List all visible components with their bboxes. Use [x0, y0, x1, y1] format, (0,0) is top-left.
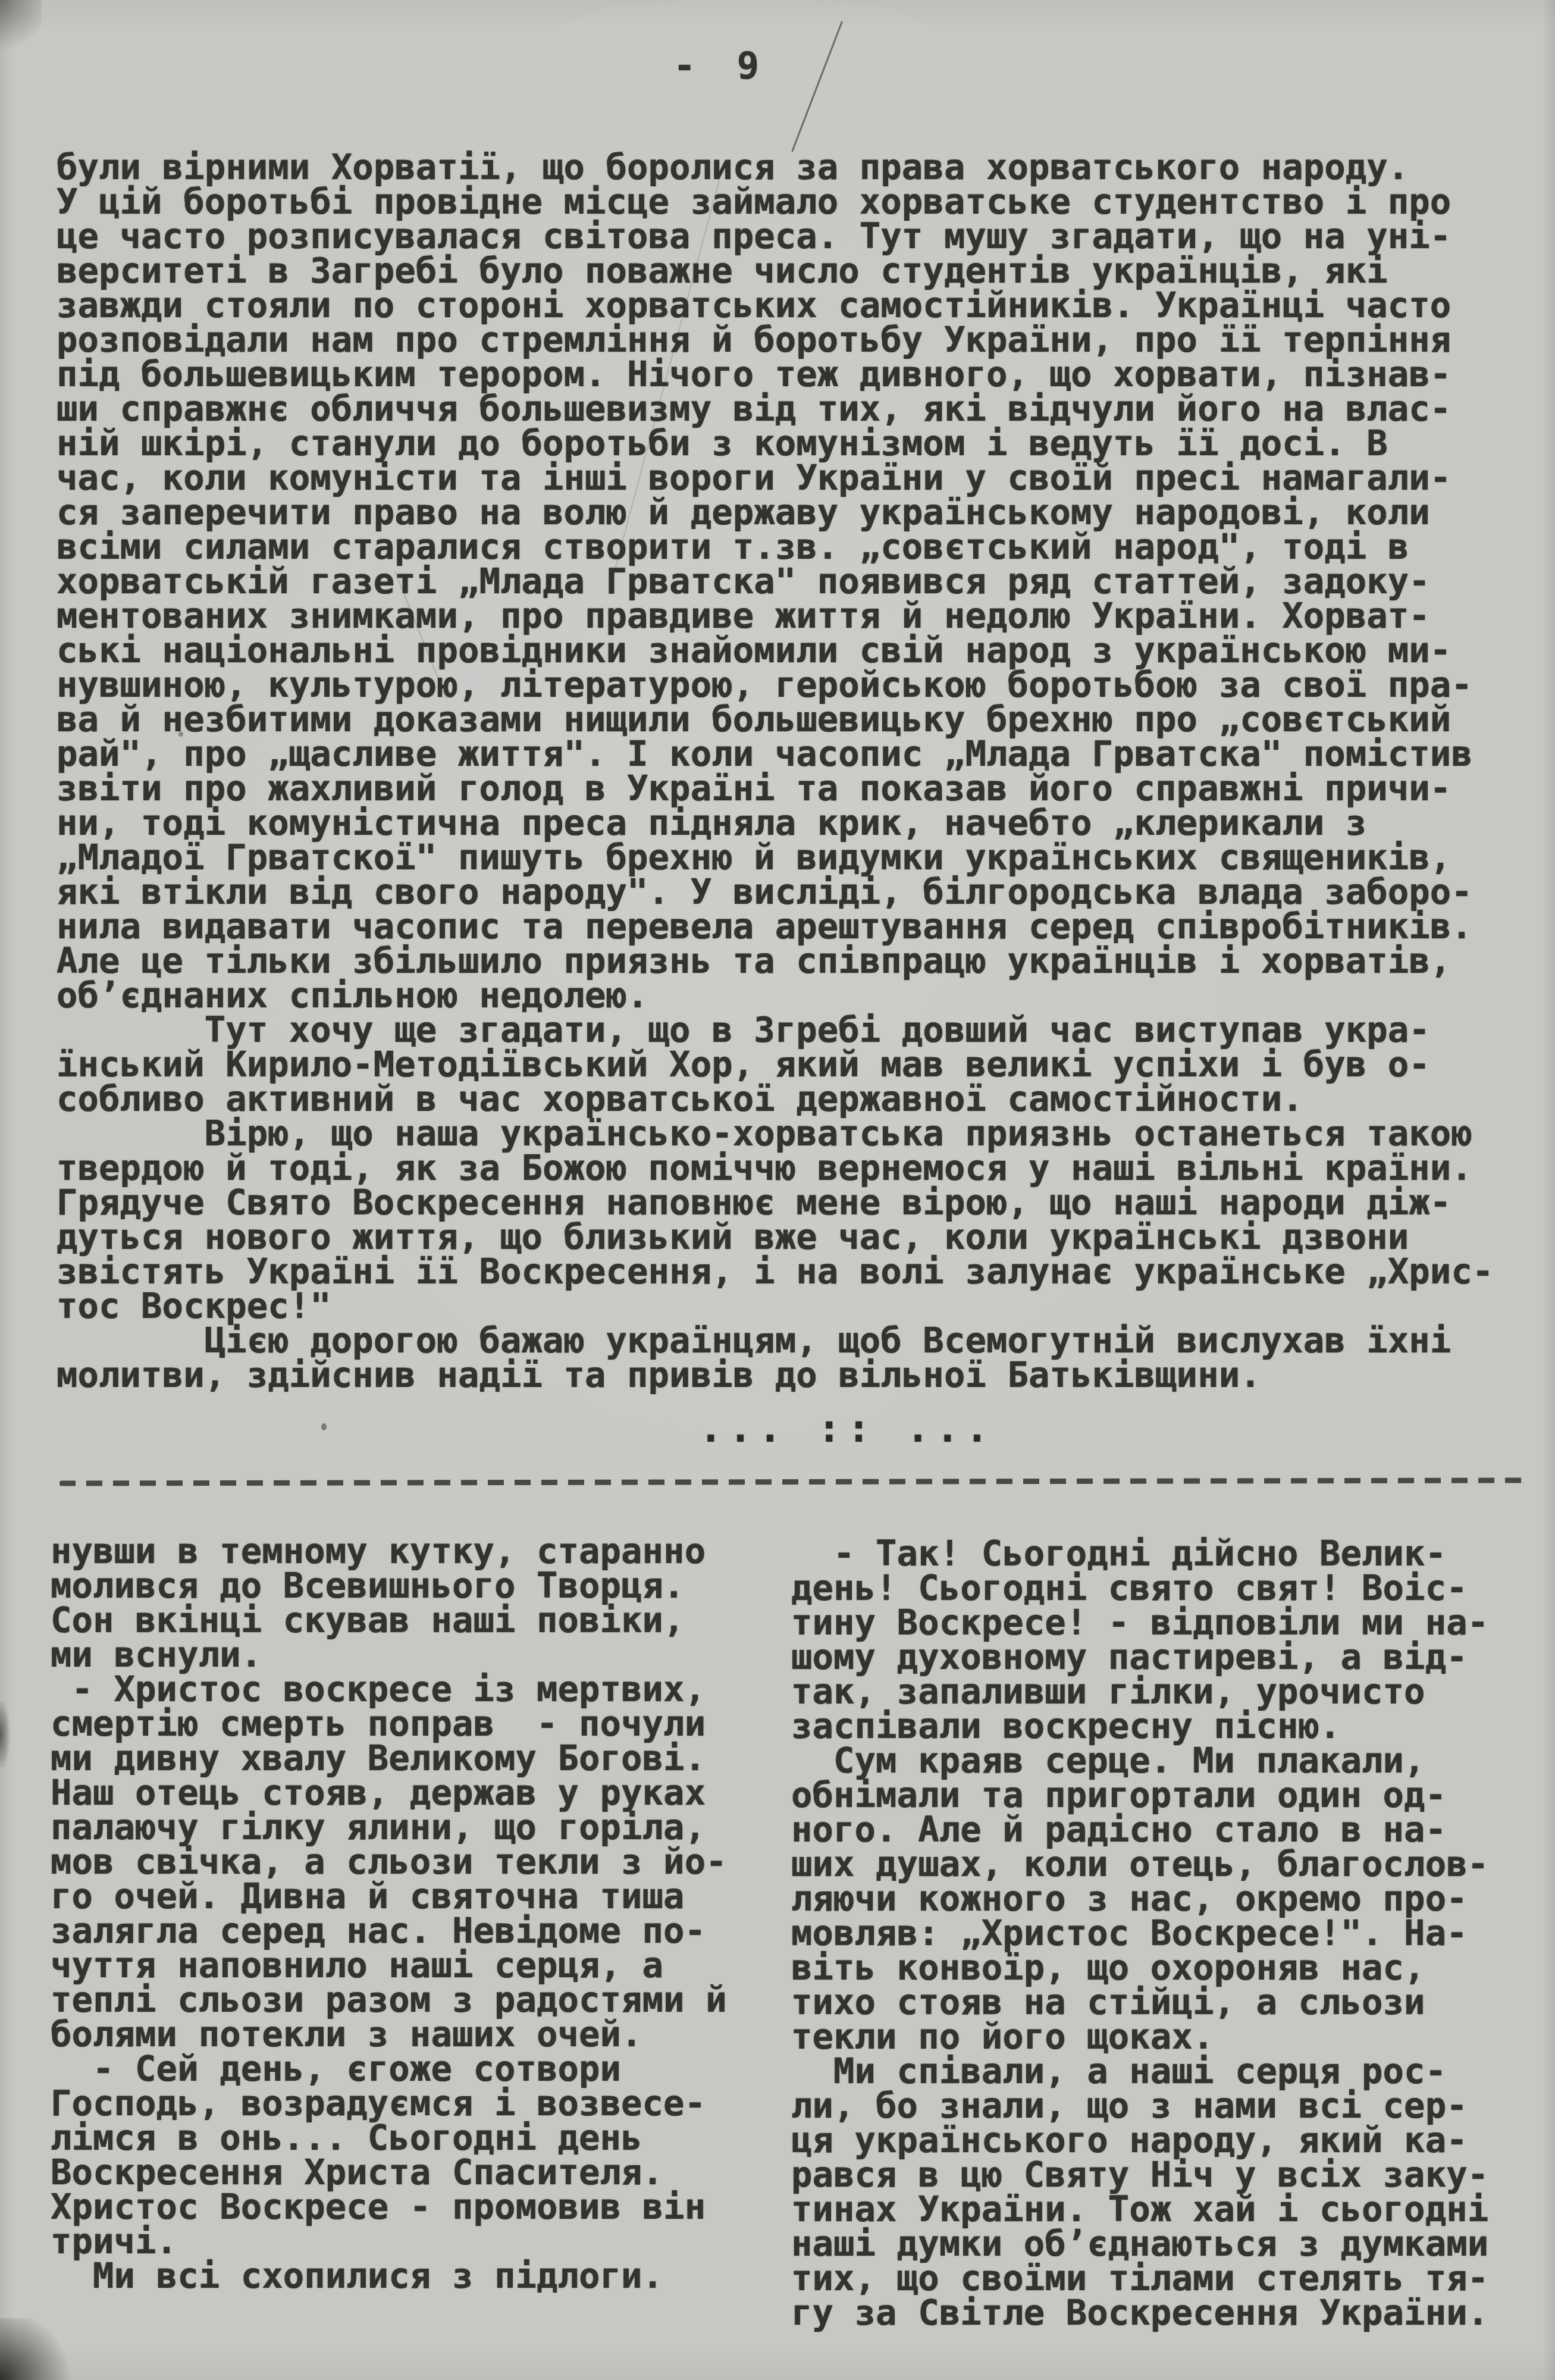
text-line: собливо активний в час хорватської держа…	[57, 1082, 1526, 1116]
text-line: твердою й тоді, як за Божою поміччю верн…	[57, 1151, 1526, 1185]
scan-shadow-top-left	[0, 0, 42, 54]
page-number: - 9	[673, 44, 769, 87]
text-line: ми вснули.	[51, 1637, 735, 1672]
text-line: теплі сльози разом з радостями й	[51, 1983, 735, 2017]
text-line: Сон вкінці скував наші повіки,	[51, 1603, 735, 1637]
text-line: мовляв: „Христос Воскресе!". На-	[791, 1916, 1547, 1950]
text-line: рався в цю Святу Ніч у всіх заку-	[791, 2157, 1547, 2192]
text-line: ва й незбитими доказами нищили большевиц…	[57, 702, 1526, 737]
text-line: під большевицьким терором. Нічого теж ди…	[57, 357, 1526, 392]
text-line: віть конвоїр, що охороняв нас,	[791, 1950, 1547, 1985]
text-line: дуться нового життя, що близький вже час…	[57, 1220, 1526, 1254]
text-line: ляючи кожного з нас, окремо про-	[791, 1881, 1547, 1916]
text-line: молився до Всевишнього Творця.	[51, 1568, 735, 1603]
text-line: У цій боротьбі провідне місце займало хо…	[57, 184, 1526, 219]
text-line: рай", про „щасливе життя". І коли часопи…	[57, 737, 1526, 771]
text-line: їнський Кирило-Методіївський Хор, який м…	[57, 1047, 1526, 1082]
text-line: ши справжнє обличчя большевизму від тих,…	[57, 392, 1526, 426]
text-line: тину Воскресе! - відповіли ми на-	[791, 1605, 1547, 1640]
text-line: ми дивну хвалу Великому Богові.	[51, 1741, 735, 1775]
text-line: звіти про жахливий голод в Україні та по…	[57, 771, 1526, 806]
text-line: нила видавати часопис та перевела арешту…	[57, 909, 1526, 944]
text-line: заспівали воскресну пісню.	[791, 1709, 1547, 1743]
text-line: були вірними Хорватії, що боролися за пр…	[57, 150, 1526, 184]
text-line: це часто розписувалася світова преса. Ту…	[57, 219, 1526, 253]
text-line: Грядуче Свято Воскресення наповнює мене …	[57, 1185, 1526, 1220]
text-line: нувшиною, культурою, літературою, геройс…	[57, 668, 1526, 702]
text-line: Ми всі схопилися з підлоги.	[51, 2259, 735, 2293]
text-line: - Сей день, єгоже сотвори	[51, 2052, 735, 2086]
text-line: текли по його щоках.	[791, 2019, 1547, 2054]
text-line: тричі.	[51, 2224, 735, 2259]
paper-speck	[321, 1423, 327, 1430]
text-line: „Младої Грватскої" пишуть брехню й видум…	[57, 840, 1526, 875]
text-line: залягла серед нас. Невідоме по-	[51, 1914, 735, 1948]
text-line: тинах України. Тож хай і сьогодні	[791, 2192, 1547, 2226]
text-line: шому духовному пастиреві, а від-	[791, 1640, 1547, 1674]
text-line: чуття наповнило наші серця, а	[51, 1948, 735, 1983]
text-line: Сум краяв серце. Ми плакали,	[791, 1743, 1547, 1778]
section-ornament: ... :: ...	[699, 1405, 995, 1451]
text-line: розповідали нам про стремління й боротьб…	[57, 322, 1526, 357]
text-line: го очей. Дивна й святочна тиша	[51, 1879, 735, 1914]
text-line: всіми силами старалися створити т.зв. „с…	[57, 530, 1526, 564]
text-line: Христос Воскресе - промовив він	[51, 2190, 735, 2224]
scan-shadow-bottom-left	[0, 2318, 77, 2380]
text-line: тос Воскрес!"	[57, 1289, 1526, 1323]
text-line: гу за Світле Воскресення України.	[791, 2296, 1547, 2330]
text-line: Господь, возрадуємся і возвесе-	[51, 2086, 735, 2121]
text-line: Цією дорогою бажаю українцям, щоб Всемог…	[57, 1323, 1526, 1358]
text-line: звістять Україні її Воскресення, і на во…	[57, 1254, 1526, 1289]
text-line: час, коли комуністи та інші вороги Украї…	[57, 461, 1526, 495]
text-line: Воскресення Христа Спасителя.	[51, 2155, 735, 2190]
text-line: Ми співали, а наші серця рос-	[791, 2054, 1547, 2088]
text-line: тих, що своїми тілами стелять тя-	[791, 2261, 1547, 2296]
main-text-block: були вірними Хорватії, що боролися за пр…	[57, 150, 1526, 1392]
text-line: які втікли від свого народу". У висліді,…	[57, 875, 1526, 909]
text-line: об’єднаних спільною недолею.	[57, 978, 1526, 1013]
text-line: верситеті в Загребі було поважне число с…	[57, 253, 1526, 288]
text-line: день! Сьогодні свято свят! Воіс-	[791, 1571, 1547, 1605]
text-line: смертію смерть поправ - почули	[51, 1706, 735, 1741]
text-line: ного. Але й радісно стало в на-	[791, 1812, 1547, 1847]
text-line: болями потекли з наших очей.	[51, 2017, 735, 2052]
text-line: обнімали та пригортали один од-	[791, 1778, 1547, 1812]
text-line: ментованих знимками, про правдиве життя …	[57, 599, 1526, 633]
text-line: хорватській газеті „Млада Грватска" появ…	[57, 564, 1526, 599]
text-line: ших душах, коли отець, благослов-	[791, 1847, 1547, 1881]
text-line: Але це тільки збільшило приязнь та співп…	[57, 944, 1526, 978]
paper-speck	[253, 1559, 257, 1565]
text-line: наші думки об’єднаються з думками	[791, 2226, 1547, 2261]
paper-speck	[178, 732, 183, 737]
text-line: ся заперечити право на волю й державу ук…	[57, 495, 1526, 530]
text-line: ній шкірі, станули до боротьби з комуніз…	[57, 426, 1526, 461]
text-line: лімся в онь... Сьогодні день	[51, 2121, 735, 2155]
text-line: ни, тоді комуністична преса підняла крик…	[57, 806, 1526, 840]
text-line: мов свічка, а сльози текли з йо-	[51, 1844, 735, 1879]
text-line: завжди стояли по стороні хорватських сам…	[57, 288, 1526, 322]
text-line: нувши в темному кутку, старанно	[51, 1534, 735, 1568]
scan-smudge-left-edge	[0, 1702, 10, 1767]
text-line: ли, бо знали, що з нами всі сер-	[791, 2088, 1547, 2123]
text-line: Тут хочу ще згадати, що в Згребі довший …	[57, 1013, 1526, 1047]
text-line: - Христос воскресе із мертвих,	[51, 1672, 735, 1706]
text-line: ця українського народу, який ка-	[791, 2123, 1547, 2157]
text-line: палаючу гілку ялини, що горіла,	[51, 1810, 735, 1844]
text-line: Наш отець стояв, держав у руках	[51, 1775, 735, 1810]
text-line: - Так! Сьогодні дійсно Велик-	[791, 1536, 1547, 1571]
text-line: так, запаливши гілки, урочисто	[791, 1674, 1547, 1709]
right-column: - Так! Сьогодні дійсно Велик-день! Сього…	[791, 1536, 1547, 2330]
text-line: тихо стояв на стійці, а сльози	[791, 1985, 1547, 2019]
text-line: молитви, здійснив надії та привів до віл…	[57, 1358, 1526, 1392]
left-column: нувши в темному кутку, старанномолився д…	[51, 1534, 735, 2293]
text-line: Вірю, що наша українсько-хорватська прия…	[57, 1116, 1526, 1151]
text-line: ські національні провідники знайомили св…	[57, 633, 1526, 668]
